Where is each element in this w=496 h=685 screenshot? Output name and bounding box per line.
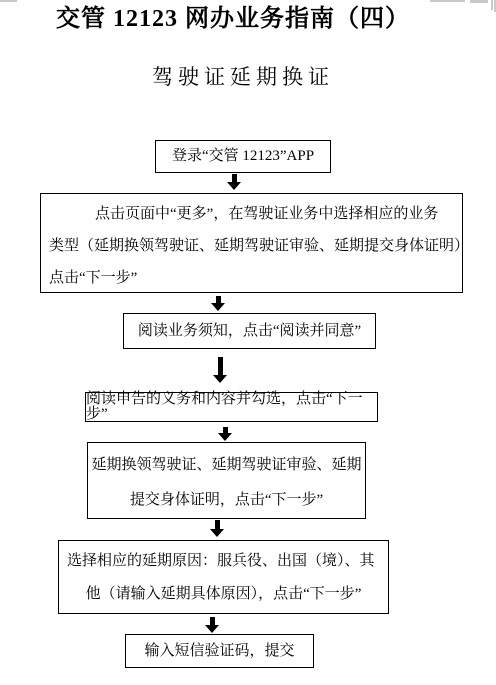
- down-arrow-icon: [211, 296, 225, 311]
- down-arrow-icon: [205, 617, 219, 633]
- flow-step-label: 提交身体证明，点击“下一步”: [88, 483, 365, 518]
- flow-step-business-types: 延期换领驾驶证、延期驾驶证审验、延期 提交身体证明，点击“下一步”: [87, 442, 366, 519]
- page-subtitle: 驾驶证延期换证: [0, 63, 486, 91]
- down-arrow-icon: [227, 174, 241, 190]
- page-title: 交管 12123 网办业务指南（四）: [0, 4, 466, 34]
- screen-edge-artifact: [430, 0, 465, 2]
- flow-step-label: 类型（延期换领驾驶证、延期驾驶证审验、延期提交身体证明）: [49, 230, 454, 262]
- down-arrow-icon: [218, 427, 232, 441]
- flow-step-label: 延期换领驾驶证、延期驾驶证审验、延期: [88, 448, 365, 483]
- screen-edge-artifact: [0, 0, 17, 2]
- flow-step-login: 登录“交管 12123”APP: [155, 140, 331, 173]
- flow-step-delay-reason: 选择相应的延期原因：服兵役、出国（境）、其 他（请输入延期具体原因），点击“下一…: [58, 540, 389, 614]
- flow-step-label: 登录“交管 12123”APP: [172, 149, 314, 164]
- flow-step-label: 阅读申告的义务和内容并勾选，点击“下一步”: [86, 392, 377, 422]
- flow-step-label: 输入短信验证码，提交: [144, 644, 294, 659]
- flow-step-select-business: 点击页面中“更多”，在驾驶证业务中选择相应的业务 类型（延期换领驾驶证、延期驾驶…: [40, 193, 463, 293]
- flow-step-label: 点击页面中“更多”，在驾驶证业务中选择相应的业务: [49, 198, 454, 230]
- down-arrow-icon: [213, 357, 227, 383]
- flow-step-label: 阅读业务须知，点击“阅读并同意”: [138, 324, 361, 339]
- document-page: 交管 12123 网办业务指南（四） 驾驶证延期换证 登录“交管 12123”A…: [0, 0, 496, 685]
- flow-step-label: 选择相应的延期原因：服兵役、出国（境）、其: [67, 545, 380, 578]
- flow-step-label: 点击“下一步”: [49, 262, 454, 294]
- flow-step-read-declaration: 阅读申告的义务和内容并勾选，点击“下一步”: [85, 392, 378, 422]
- down-arrow-icon: [210, 520, 224, 537]
- flow-step-label: 他（请输入延期具体原因），点击“下一步”: [67, 578, 380, 611]
- screen-edge-artifact: [491, 0, 493, 10]
- flow-step-read-notice: 阅读业务须知，点击“阅读并同意”: [123, 313, 376, 349]
- flow-step-submit-sms: 输入短信验证码，提交: [125, 634, 314, 668]
- screen-edge-artifact: [470, 0, 488, 3]
